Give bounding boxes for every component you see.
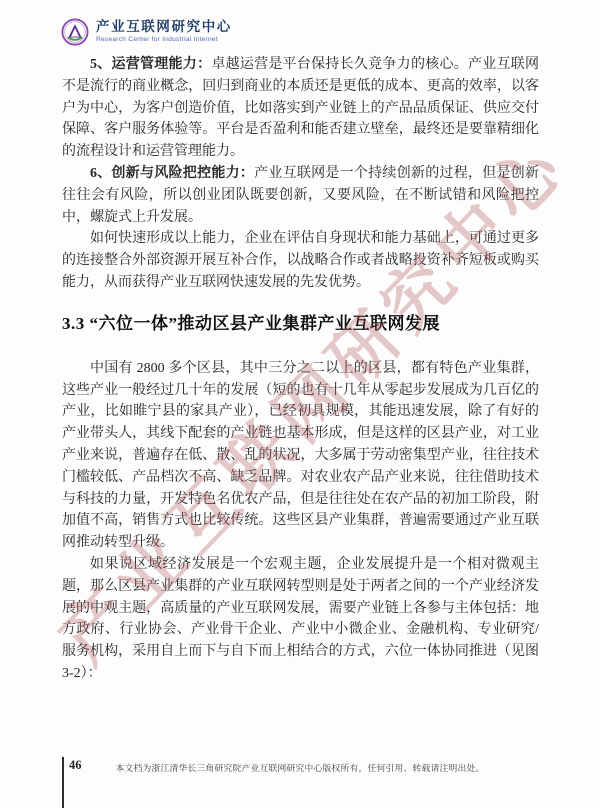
paragraph-six-in-one: 如果说区域经济发展是一个宏观主题，企业发展提升是一个相对微观主题，那么区县产业集… <box>62 554 539 685</box>
paragraph-bold-lead: 6、创新与风险把控能力： <box>90 166 254 181</box>
logo-text-block: 产业互联网研究中心 Research Center for Industrial… <box>96 18 232 44</box>
research-center-logo-icon <box>61 18 89 46</box>
paragraph-text: 卓越运营是平台保持长久竞争力的核心。产业互联网不是流行的商业概念，回归到商业的本… <box>62 57 539 159</box>
document-body: 5、运营管理能力：卓越运营是平台保持长久竞争力的核心。产业互联网不是流行的商业概… <box>62 54 539 685</box>
logo-title: 产业互联网研究中心 <box>96 19 232 35</box>
footer-copyright-note: 本文档为浙江清华长三角研究院产业互联网研究中心版权所有，任何引用、转载请注明出处… <box>0 761 600 774</box>
paragraph-county-clusters: 中国有 2800 多个区县，其中三分之二以上的区县，都有特色产业集群，这些产业一… <box>62 358 539 554</box>
document-page: 产业互联网研究中心 Research Center for Industrial… <box>0 0 600 808</box>
logo-subtitle: Research Center for Industrial Internet <box>96 35 232 44</box>
header: 产业互联网研究中心 Research Center for Industrial… <box>61 18 232 46</box>
paragraph-innovation-risk-capability: 6、创新与风险把控能力：产业互联网是一个持续创新的过程，但是创新往往会有风险，所… <box>62 163 539 228</box>
section-heading-3-3: 3.3 “六位一体”推动区县产业集群产业互联网发展 <box>62 312 539 335</box>
paragraph-operations-capability: 5、运营管理能力：卓越运营是平台保持长久竞争力的核心。产业互联网不是流行的商业概… <box>62 54 539 163</box>
paragraph-bold-lead: 5、运营管理能力： <box>90 57 211 72</box>
paragraph-capability-building: 如何快速形成以上能力，企业在评估自身现状和能力基础上，可通过更多的连接整合外部资… <box>62 228 539 293</box>
